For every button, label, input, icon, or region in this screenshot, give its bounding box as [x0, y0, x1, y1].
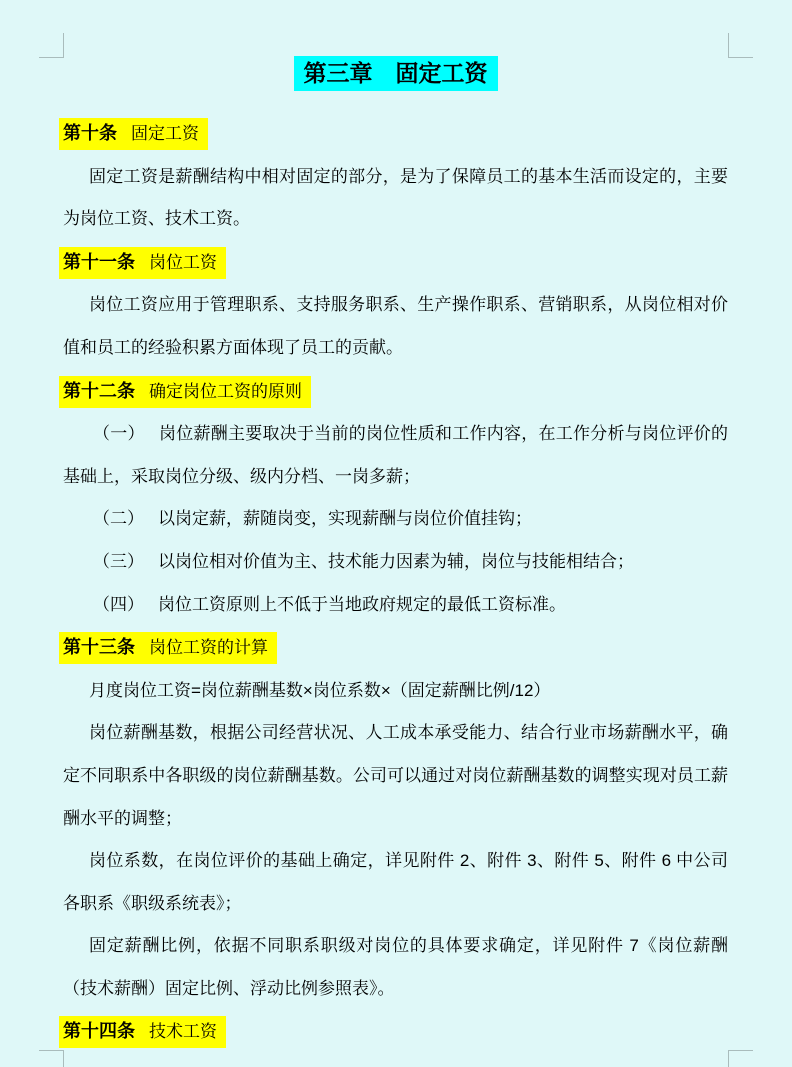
chapter-title-highlight: 第三章 固定工资 [294, 56, 498, 91]
paragraph: 固定薪酬比例，依据不同职系职级对岗位的具体要求确定，详见附件 7《岗位薪酬（技术… [63, 925, 728, 1010]
crop-mark-bottom-right [728, 1050, 753, 1067]
article-heading-14: 第十四条技术工资 [63, 1010, 728, 1054]
article-heading-12-highlight: 第十二条确定岗位工资的原则 [59, 376, 311, 408]
list-item-text: 以岗定薪，薪随岗变，实现薪酬与岗位价值挂钩； [158, 509, 532, 528]
list-item-number: （三） [93, 552, 144, 571]
article-heading-10: 第十条固定工资 [63, 112, 728, 156]
article-number: 第十三条 [63, 637, 135, 657]
paragraph: 固定工资是薪酬结构中相对固定的部分，是为了保障员工的基本生活而设定的，主要为岗位… [63, 156, 728, 241]
list-item-number: （二） [93, 509, 144, 528]
article-heading-10-highlight: 第十条固定工资 [59, 118, 208, 150]
list-item: （二）以岗定薪，薪随岗变，实现薪酬与岗位价值挂钩； [63, 498, 728, 541]
article-name: 岗位工资的计算 [149, 638, 268, 657]
article-number: 第十四条 [63, 1021, 135, 1041]
list-item: （三）以岗位相对价值为主、技术能力因素为辅，岗位与技能相结合； [63, 541, 728, 584]
article-heading-11-highlight: 第十一条岗位工资 [59, 247, 226, 279]
article-heading-14-highlight: 第十四条技术工资 [59, 1016, 226, 1048]
document-content: 第三章 固定工资 第十条固定工资 固定工资是薪酬结构中相对固定的部分，是为了保障… [63, 57, 728, 1054]
article-name: 固定工资 [131, 124, 199, 143]
list-item-number: （一） [93, 424, 145, 443]
article-name: 技术工资 [149, 1022, 217, 1041]
list-item-text: 岗位薪酬主要取决于当前的岗位性质和工作内容，在工作分析与岗位评价的基础上，采取岗… [63, 424, 728, 486]
article-name: 岗位工资 [149, 253, 217, 272]
article-heading-12: 第十二条确定岗位工资的原则 [63, 370, 728, 414]
article-number: 第十一条 [63, 252, 135, 272]
chapter-title: 第三章 固定工资 [63, 57, 728, 90]
list-item-text: 岗位工资原则上不低于当地政府规定的最低工资标准。 [158, 595, 566, 614]
list-item: （四）岗位工资原则上不低于当地政府规定的最低工资标准。 [63, 584, 728, 627]
article-number: 第十条 [63, 123, 117, 143]
paragraph: 岗位薪酬基数，根据公司经营状况、人工成本承受能力、结合行业市场薪酬水平，确定不同… [63, 712, 728, 840]
article-name: 确定岗位工资的原则 [149, 382, 302, 401]
article-heading-11: 第十一条岗位工资 [63, 241, 728, 285]
list-item-text: 以岗位相对价值为主、技术能力因素为辅，岗位与技能相结合； [158, 552, 634, 571]
article-heading-13-highlight: 第十三条岗位工资的计算 [59, 632, 277, 664]
crop-mark-bottom-left [39, 1050, 64, 1067]
crop-mark-top-left [39, 33, 64, 58]
article-number: 第十二条 [63, 381, 135, 401]
paragraph: 岗位系数，在岗位评价的基础上确定，详见附件 2、附件 3、附件 5、附件 6 中… [63, 840, 728, 925]
list-item: （一）岗位薪酬主要取决于当前的岗位性质和工作内容，在工作分析与岗位评价的基础上，… [63, 413, 728, 498]
formula-paragraph: 月度岗位工资=岗位薪酬基数×岗位系数×（固定薪酬比例/12） [63, 670, 728, 713]
paragraph: 岗位工资应用于管理职系、支持服务职系、生产操作职系、营销职系，从岗位相对价值和员… [63, 284, 728, 369]
list-item-number: （四） [93, 595, 144, 614]
document-page: 第三章 固定工资 第十条固定工资 固定工资是薪酬结构中相对固定的部分，是为了保障… [0, 0, 792, 1067]
crop-mark-top-right [728, 33, 753, 58]
article-heading-13: 第十三条岗位工资的计算 [63, 626, 728, 670]
